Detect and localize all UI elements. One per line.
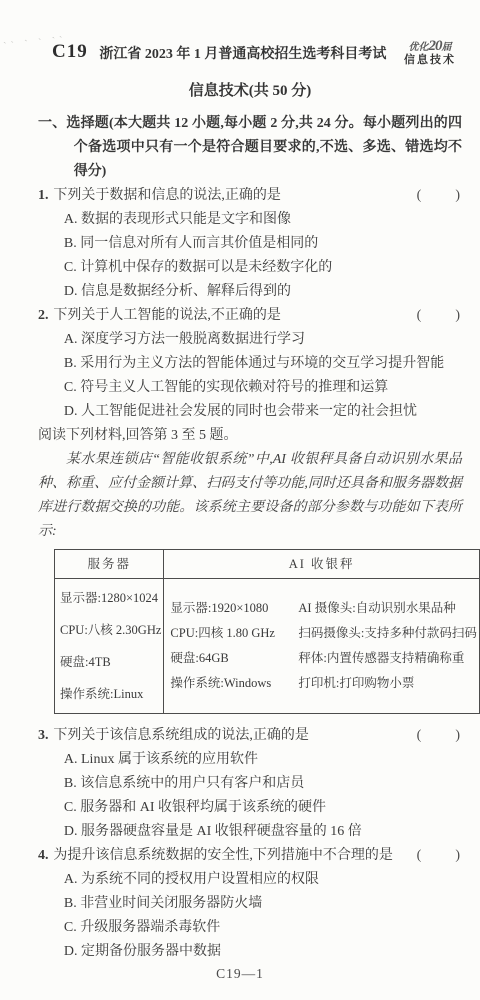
server-spec-os: 操作系统:Linux [60, 678, 161, 710]
question-stem: ( )2.下列关于人工智能的说法,不正确的是 [38, 304, 462, 328]
table-header-server: 服务器 [55, 550, 164, 579]
stem-text: 下列关于该信息系统组成的说法,正确的是 [53, 728, 309, 743]
scale-spec-disk: 硬盘:64GB [170, 646, 298, 671]
scale-spec-row: CPU:四核 1.80 GHz扫码摄像头:支持多种付款码扫码 [170, 621, 476, 646]
option-c: C. 服务器和 AI 收银秤均属于该系统的硬件 [38, 796, 462, 820]
logo-number: 20 [429, 38, 442, 54]
exam-title: 浙江省 2023 年 1 月普通高校招生选考科目考试 [88, 40, 398, 67]
scale-spec-display: 显示器:1920×1080 [170, 596, 298, 621]
device-table: 服务器 AI 收银秤 显示器:1280×1024 CPU:八核 2.30GHz … [54, 549, 480, 714]
scale-feature-sensor: 秤体:内置传感器支持精确称重 [298, 646, 476, 671]
scale-feature-printer: 打印机:打印购物小票 [298, 671, 476, 696]
question-2: ( )2.下列关于人工智能的说法,不正确的是 A. 深度学习方法一般脱离数据进行… [38, 304, 462, 424]
server-specs-cell: 显示器:1280×1024 CPU:八核 2.30GHz 硬盘:4TB 操作系统… [55, 579, 164, 714]
question-1: ( )1.下列关于数据和信息的说法,正确的是 A. 数据的表现形式只能是文字和图… [38, 184, 462, 304]
option-c: C. 符号主义人工智能的实现依赖对符号的推理和运算 [38, 376, 462, 400]
section-one-heading: 一、选择题(本大题共 12 小题,每小题 2 分,共 24 分。每小题列出的四个… [38, 112, 462, 184]
page-number: C19—1 [0, 962, 480, 986]
answer-bracket: ( ) [438, 184, 462, 208]
option-d: D. 服务器硬盘容量是 AI 收银秤硬盘容量的 16 倍 [38, 820, 462, 844]
option-b: B. 同一信息对所有人而言其价值是相同的 [38, 232, 462, 256]
stem-text: 下列关于数据和信息的说法,正确的是 [53, 188, 281, 203]
material-intro: 阅读下列材料,回答第 3 至 5 题。 [38, 424, 462, 448]
question-3: ( )3.下列关于该信息系统组成的说法,正确的是 A. Linux 属于该系统的… [38, 724, 462, 844]
option-c: C. 升级服务器端杀毒软件 [38, 916, 462, 940]
question-stem: ( )1.下列关于数据和信息的说法,正确的是 [38, 184, 462, 208]
page-header: C19 ˎˎ ˎ ˏ ˎˏ 浙江省 2023 年 1 月普通高校招生选考科目考试… [38, 40, 462, 67]
scale-feature-scan: 扫码摄像头:支持多种付款码扫码 [298, 621, 476, 646]
scale-spec-row: 显示器:1920×1080AI 摄像头:自动识别水果品种 [170, 596, 476, 621]
pencil-marks: ˎˎ ˎ ˏ ˎˏ [2, 20, 73, 39]
exam-paper-page: C19 ˎˎ ˎ ˏ ˎˏ 浙江省 2023 年 1 月普通高校招生选考科目考试… [0, 0, 480, 1000]
question-stem: ( )4.为提升该信息系统数据的安全性,下列措施中不合理的是 [38, 844, 462, 868]
scale-spec-os: 操作系统:Windows [170, 671, 298, 696]
stem-text: 为提升该信息系统数据的安全性,下列措施中不合理的是 [53, 848, 393, 863]
option-d: D. 人工智能促进社会发展的同时也会带来一定的社会担忧 [38, 400, 462, 424]
scale-feature-camera: AI 摄像头:自动识别水果品种 [298, 596, 476, 621]
scale-spec-cpu: CPU:四核 1.80 GHz [170, 621, 298, 646]
table-body-row: 显示器:1280×1024 CPU:八核 2.30GHz 硬盘:4TB 操作系统… [55, 579, 480, 714]
option-b: B. 该信息系统中的用户只有客户和店员 [38, 772, 462, 796]
option-a: A. 为系统不同的授权用户设置相应的权限 [38, 868, 462, 892]
question-4: ( )4.为提升该信息系统数据的安全性,下列措施中不合理的是 A. 为系统不同的… [38, 844, 462, 964]
answer-bracket: ( ) [438, 304, 462, 328]
question-number: 3. [38, 728, 53, 743]
logo-slogan: 优化20届 [398, 40, 462, 54]
server-spec-disk: 硬盘:4TB [60, 646, 161, 678]
table-header-ai-scale: AI 收银秤 [164, 550, 479, 579]
option-d: D. 信息是数据经分析、解释后得到的 [38, 280, 462, 304]
option-b: B. 非营业时间关闭服务器防火墙 [38, 892, 462, 916]
question-number: 1. [38, 188, 53, 203]
scale-specs-cell: 显示器:1920×1080AI 摄像头:自动识别水果品种 CPU:四核 1.80… [164, 579, 479, 714]
scale-spec-row: 操作系统:Windows打印机:打印购物小票 [170, 671, 476, 696]
option-c: C. 计算机中保存的数据可以是未经数字化的 [38, 256, 462, 280]
option-a: A. 深度学习方法一般脱离数据进行学习 [38, 328, 462, 352]
subject-heading: 信息技术(共 50 分) [38, 79, 462, 103]
paper-code: C19 [38, 40, 88, 64]
question-number: 2. [38, 308, 53, 323]
server-spec-cpu: CPU:八核 2.30GHz [60, 614, 161, 646]
logo-subject: 信息技术 [398, 54, 462, 67]
question-number: 4. [38, 848, 53, 863]
stem-text: 下列关于人工智能的说法,不正确的是 [53, 308, 281, 323]
publisher-logo: 优化20届 信息技术 [398, 40, 462, 67]
question-stem: ( )3.下列关于该信息系统组成的说法,正确的是 [38, 724, 462, 748]
answer-bracket: ( ) [438, 724, 462, 748]
section-title: 一、选择题 [38, 116, 109, 131]
option-b: B. 采用行为主义方法的智能体通过与环境的交互学习提升智能 [38, 352, 462, 376]
logo-prefix: 优化 [409, 42, 429, 53]
answer-bracket: ( ) [438, 844, 462, 868]
section-instructions: (本大题共 12 小题,每小题 2 分,共 24 分。每小题列出的四个备选项中只… [74, 116, 462, 179]
server-spec-display: 显示器:1280×1024 [60, 582, 161, 614]
scale-spec-row: 硬盘:64GB秤体:内置传感器支持精确称重 [170, 646, 476, 671]
option-d: D. 定期备份服务器中数据 [38, 940, 462, 964]
logo-suffix: 届 [442, 42, 452, 53]
option-a: A. 数据的表现形式只能是文字和图像 [38, 208, 462, 232]
material-body: 某水果连锁店“智能收银系统”中,AI 收银秤具备自动识别水果品种、称重、应付金额… [38, 448, 462, 544]
table-header-row: 服务器 AI 收银秤 [55, 550, 480, 579]
option-a: A. Linux 属于该系统的应用软件 [38, 748, 462, 772]
